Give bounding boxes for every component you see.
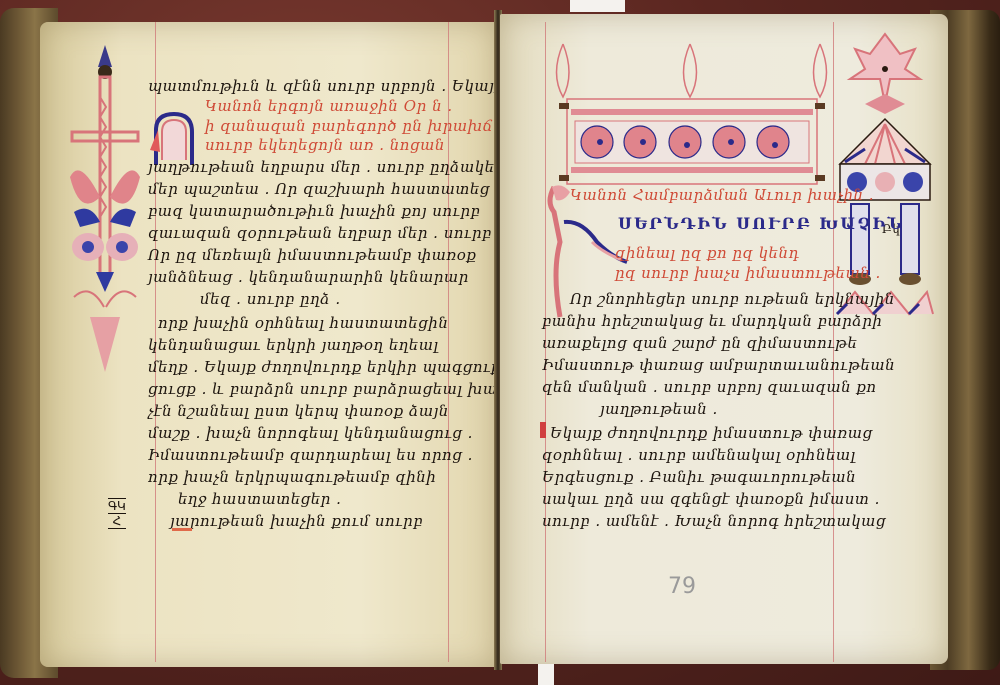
quire-mark: ԳԿ Հ <box>108 498 126 529</box>
left-page: պատմութիւն և զէնն սուրբ սրբոյն . Եկայք .… <box>40 22 496 667</box>
rubric-line: Կանոն երգոյն առաջին Օր ն . <box>205 97 453 115</box>
text-line: յաղթութեան եղբարս մեր . սուրբ ըղձակերս <box>148 158 515 176</box>
text-line: մեր պաշտեա . Որ զաշխարհ հաստատեց <box>148 180 490 198</box>
text-line: առաքելոց զան շարժ ըն զիմաստութե <box>542 334 857 352</box>
text-line: կենդանացաւ երկրի յաղթօղ եղեալ <box>148 336 439 354</box>
rubric-line: զինեալ ըզ քո ըզ կենդ <box>615 244 799 262</box>
text-line: զաւազան զօրութեան եղբար մեր . սուրբ <box>148 224 492 242</box>
quire-mark-top: ԳԿ <box>108 498 126 513</box>
marginal-cross-ornament-icon <box>60 37 150 377</box>
bookmark-ribbon <box>538 664 554 685</box>
text-line: պատմութիւն և զէնն սուրբ սրբոյն . Եկայք . <box>148 77 515 95</box>
rubric-line: ըզ սուրբ խաչս իմաստութեան . <box>615 264 881 282</box>
red-stroke <box>172 528 192 531</box>
text-line: Որ ըզ մեռեալն իմաստութեամբ փառօք <box>148 246 476 264</box>
text-line: որք խաչն երկրպագութեամբ զինի <box>148 468 436 486</box>
text-line: բազ կատարածութիւն խաչին քոյ սուրբ <box>148 202 480 220</box>
rubric-line: ի զանազան բարեգործ ըն խրախճ <box>205 117 493 135</box>
text-line: սակաւ ըղձ սա զգենցէ փառօքն իմաստ . <box>542 490 880 508</box>
text-line: բանիս հրեշտակաց եւ մարդկան բարձրի <box>542 312 882 330</box>
text-line: մեղք . Եկայք ժողովուրդք երկիր պագցուք <box>148 358 501 376</box>
text-line: Իմաստութեամբ զարդարեալ ես որոց . <box>148 446 473 464</box>
text-line: Իմաստութ փառաց ամբարտաւանութեան <box>542 356 895 374</box>
text-line: յանձնեաց . կենդանարարին կենարար <box>148 268 469 286</box>
rubric-line: Կանոն Համբարձման Աւուր խաչին . <box>570 186 874 204</box>
rubric-line: սուրբ եկեղեցոյն առ . նոցան <box>205 136 445 154</box>
text-line: յաղթութեան . <box>600 400 718 418</box>
text-line: Եկայք ժողովուրդք իմաստութ փառաց <box>550 424 873 442</box>
right-page: Բկ Կանոն Համբարձման Աւուր խաչին . ՍԵՐՆԴԻ… <box>500 14 948 664</box>
text-line: մաշք . խաչն նորոգեալ կենդանացուց . <box>148 424 473 442</box>
bookmark-ribbon <box>570 0 625 12</box>
text-line: ցուցք . և բարձրն սուրբ բարձրացեալ խաչ <box>148 380 504 398</box>
text-line: չէն նշանեալ ըստ կերպ փառօք ձայն <box>148 402 449 420</box>
quire-mark-bottom: Հ <box>108 513 126 529</box>
text-line: յարութեան խաչին քում սուրբ <box>170 512 423 530</box>
folio-number: 79 <box>668 574 696 599</box>
text-line: եղջ հաստատեցեր . <box>178 490 341 508</box>
text-line: Որ շնորհեցեր սուրբ ութեան երկնային <box>570 290 895 308</box>
text-line: զեն մանկան . սուրբ սրբոյ զաւազան քո <box>542 378 877 396</box>
text-line: զօրհնեալ . սուրբ ամենակալ օրհնեալ <box>542 446 856 464</box>
text-line: մեզ . սուրբ ըղձ . <box>200 290 341 308</box>
headpiece-ornament-icon <box>545 39 835 189</box>
text-line: Երգեսցուք . Բանիւ թագաւորութեան <box>542 468 856 486</box>
title-line: ՍԵՐՆԴԻՆ ՍՈՒՐԲ ԽԱՉԻՆ <box>618 214 904 233</box>
text-line: որք խաչին օրհնեալ հաստատեցին <box>158 314 448 332</box>
red-initial-mark <box>540 422 546 438</box>
text-line: սուրբ . ամենէ . Խաչն նորոգ հրեշտակաց <box>542 512 886 530</box>
